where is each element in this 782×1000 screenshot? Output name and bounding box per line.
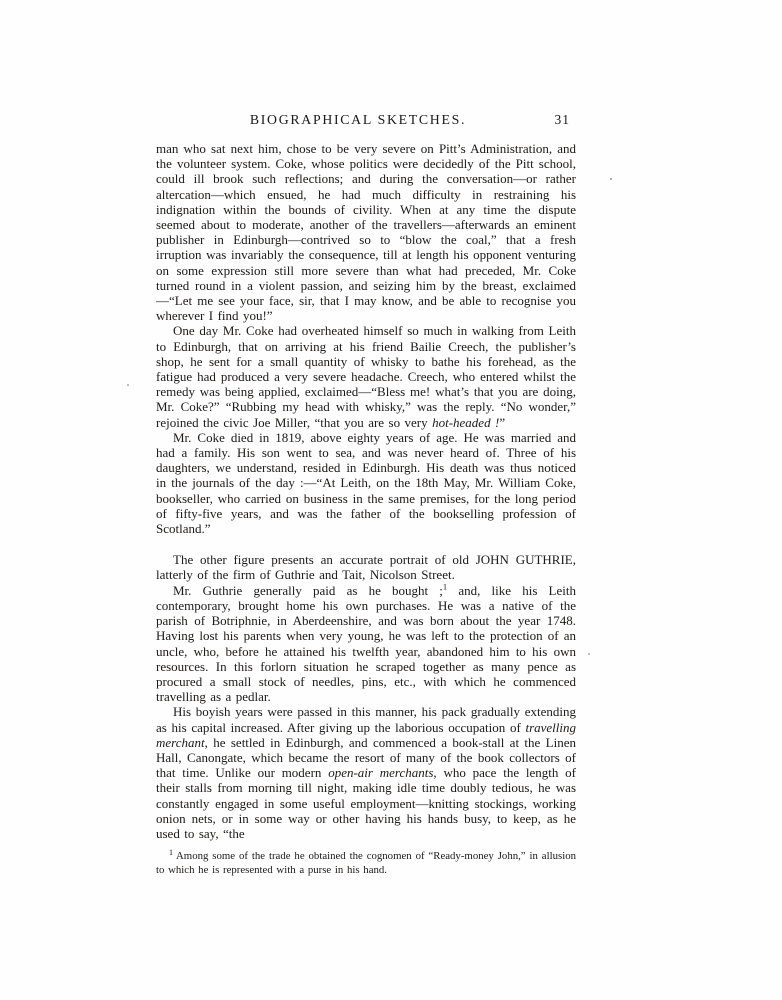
ink-speck	[127, 384, 129, 386]
paragraph: man who sat next him, chose to be very s…	[156, 141, 576, 323]
page-title: BIOGRAPHICAL SKETCHES.	[148, 112, 568, 128]
paragraph: Mr. Coke died in 1819, above eighty year…	[156, 430, 576, 536]
paragraph: The other figure presents an accurate po…	[156, 552, 576, 582]
footnote: 1Among some of the trade he obtained the…	[156, 849, 576, 877]
text-column: BIOGRAPHICAL SKETCHES. 31 man who sat ne…	[156, 112, 576, 877]
paragraph: Mr. Guthrie generally paid as he bought …	[156, 583, 576, 705]
paragraph: His boyish years were passed in this man…	[156, 704, 576, 841]
book-page: BIOGRAPHICAL SKETCHES. 31 man who sat ne…	[0, 0, 782, 1000]
ink-speck	[588, 653, 590, 655]
body-paragraphs: man who sat next him, chose to be very s…	[156, 141, 576, 841]
footnote-text: Among some of the trade he obtained the …	[156, 850, 576, 876]
footnote-marker: 1	[169, 848, 173, 857]
running-header: BIOGRAPHICAL SKETCHES. 31	[156, 112, 576, 129]
ink-speck	[610, 178, 612, 180]
page-number: 31	[555, 112, 571, 128]
paragraph: One day Mr. Coke had overheated himself …	[156, 323, 576, 429]
